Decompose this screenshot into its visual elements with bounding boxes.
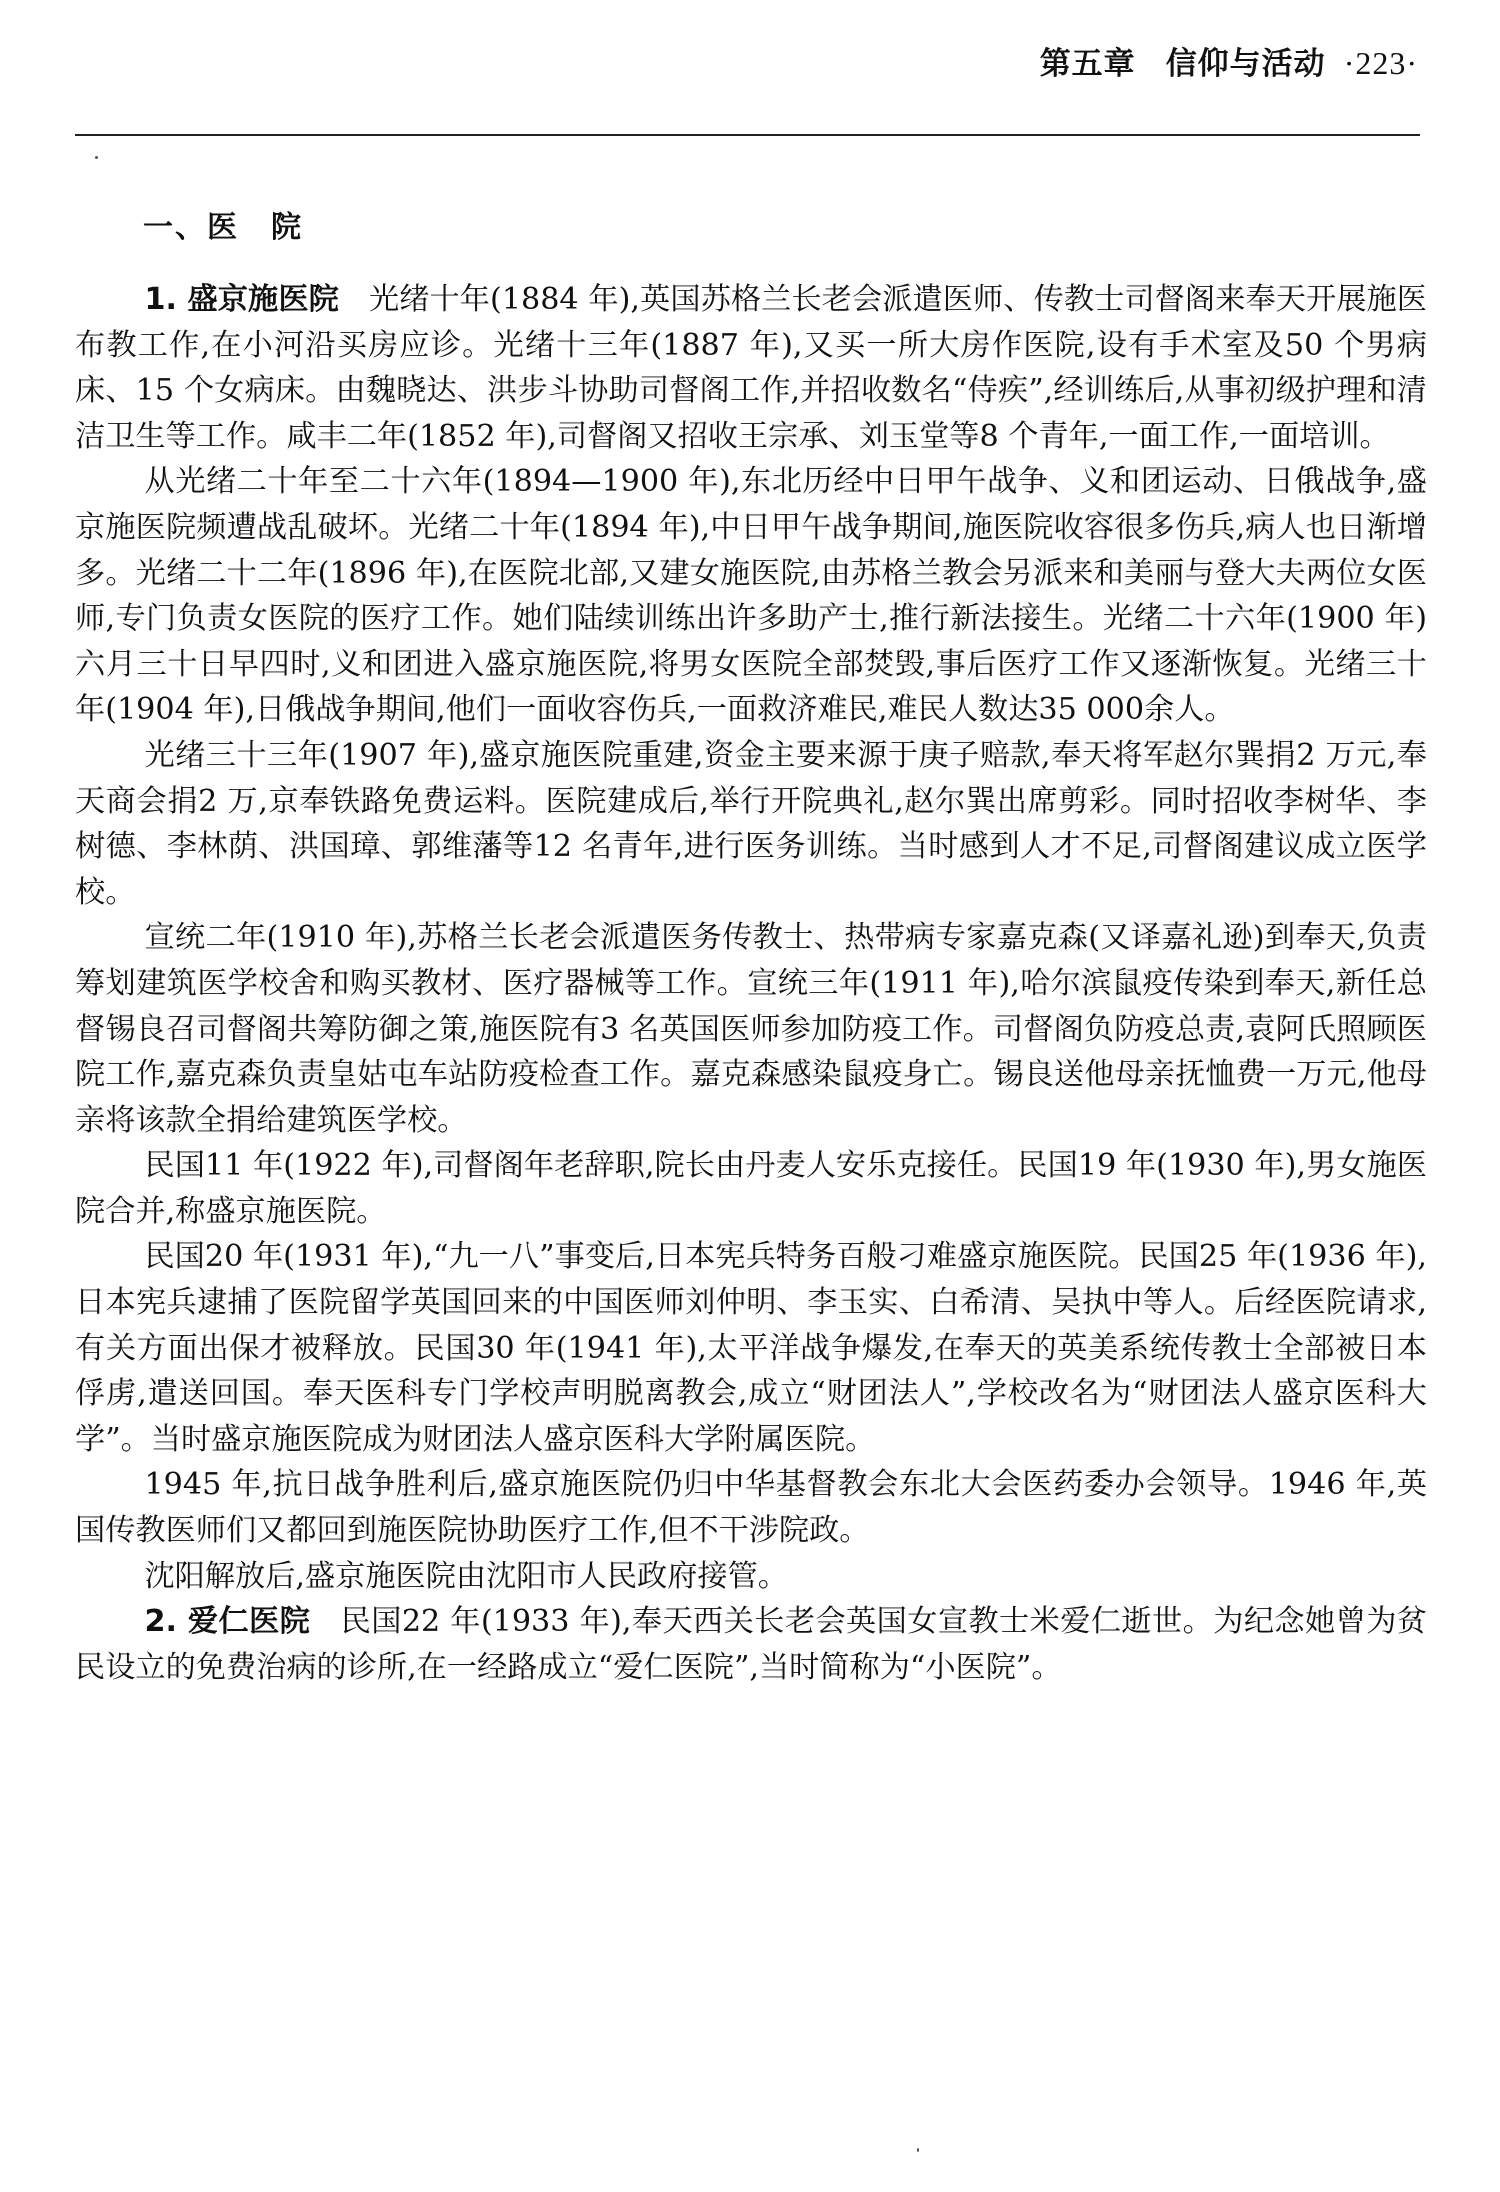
paragraph: 从光绪二十年至二十六年(1894—1900 年),东北历经中日甲午战争、义和团运… bbox=[75, 459, 1427, 733]
subheading: 1. 盛京施医院 bbox=[144, 282, 338, 317]
scan-speck bbox=[917, 2148, 919, 2152]
paragraph: 2. 爱仁医院民国22 年(1933 年),奉天西关长老会英国女宣教士米爱仁逝世… bbox=[75, 1599, 1427, 1690]
body-text: 1. 盛京施医院光绪十年(1884 年),英国苏格兰长老会派遣医师、传教士司督阁… bbox=[75, 277, 1427, 1690]
chapter-number: 第五章 bbox=[1040, 46, 1136, 82]
paragraph: 光绪三十三年(1907 年),盛京施医院重建,资金主要来源于庚子赔款,奉天将军赵… bbox=[75, 733, 1427, 915]
paragraph: 民国20 年(1931 年),“九一八”事变后,日本宪兵特务百般刁难盛京施医院。… bbox=[75, 1234, 1427, 1462]
subheading: 2. 爱仁医院 bbox=[144, 1604, 310, 1639]
header-rule bbox=[75, 134, 1420, 136]
paragraph: 沈阳解放后,盛京施医院由沈阳市人民政府接管。 bbox=[75, 1554, 1427, 1600]
paragraph: 宣统二年(1910 年),苏格兰长老会派遣医务传教士、热带病专家嘉克森(又译嘉礼… bbox=[75, 915, 1427, 1143]
paragraph: 1945 年,抗日战争胜利后,盛京施医院仍归中华基督教会东北大会医药委办会领导。… bbox=[75, 1462, 1427, 1553]
paragraph: 民国11 年(1922 年),司督阁年老辞职,院长由丹麦人安乐克接任。民国19 … bbox=[75, 1143, 1427, 1234]
section-title: 一、医 院 bbox=[143, 202, 303, 246]
scan-speck bbox=[95, 156, 98, 159]
page-number: ·223· bbox=[1344, 45, 1418, 81]
paragraph: 1. 盛京施医院光绪十年(1884 年),英国苏格兰长老会派遣医师、传教士司督阁… bbox=[75, 277, 1427, 459]
running-header: 第五章信仰与活动·223· bbox=[1040, 38, 1418, 83]
chapter-title: 信仰与活动 bbox=[1166, 46, 1326, 82]
